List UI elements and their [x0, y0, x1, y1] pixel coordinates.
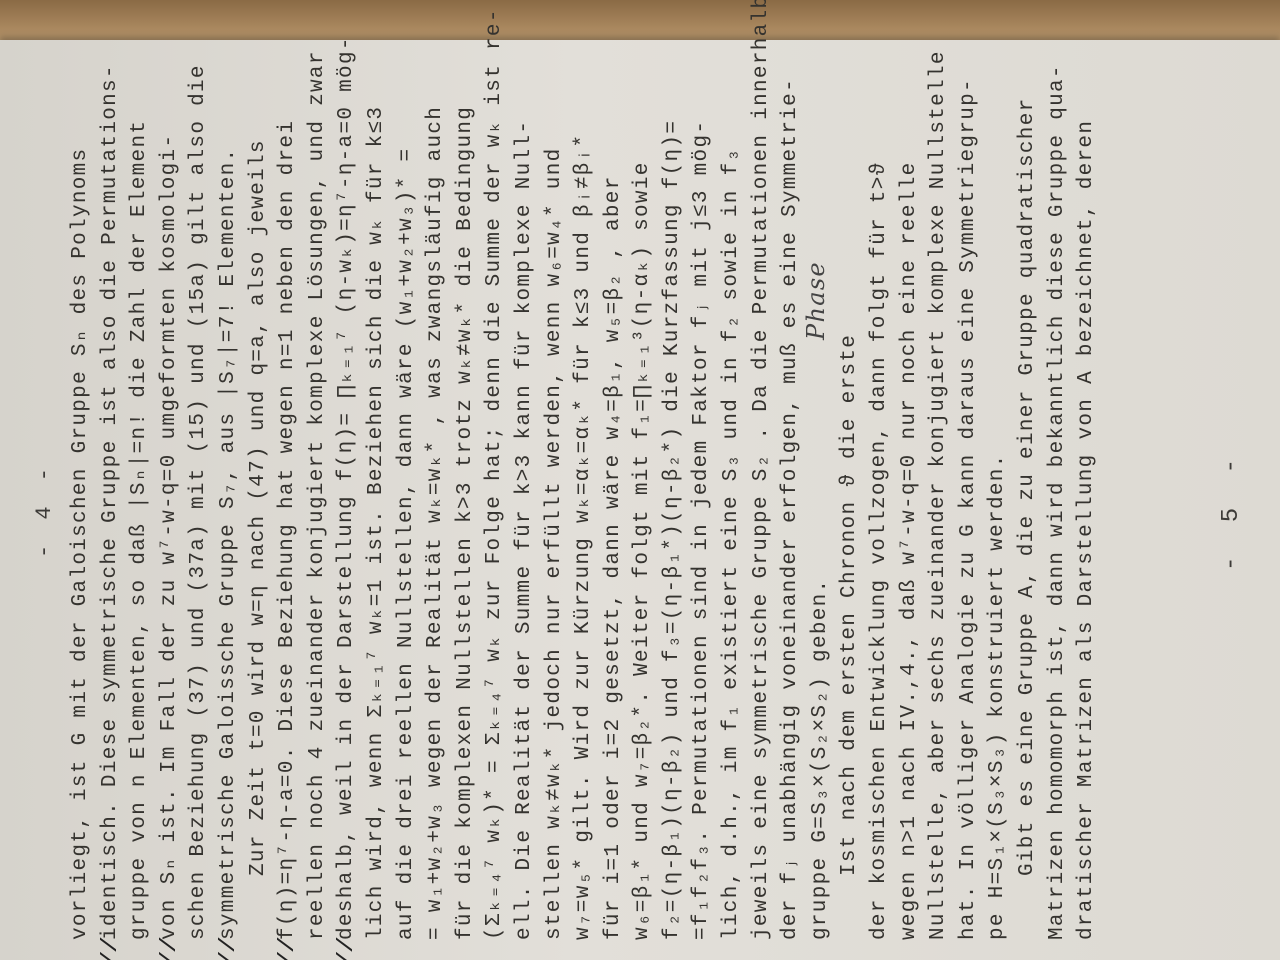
- line-text: auf die drei reellen Nullstellen, dann w…: [395, 148, 418, 940]
- text-line: gruppe von n Elementen, so daß |Sₙ|=n! d…: [125, 60, 155, 940]
- line-text: identisch. Diese symmetrische Gruppe ist…: [99, 64, 122, 940]
- line-text: der kosmischen Entwicklung vollzogen, da…: [868, 161, 891, 940]
- line-text: schen Beziehung (37) und (37a) mit (15) …: [187, 64, 210, 940]
- text-line: wegen n>1 nach IV.,4., daß w⁷-w-q=0 nur …: [895, 60, 925, 940]
- text-line: der kosmischen Entwicklung vollzogen, da…: [865, 60, 895, 940]
- margin-mark-icon: //: [96, 937, 126, 960]
- text-line: w₆=β₁* und w₇=β₂*. Weiter folgt mit f₁=∏…: [628, 60, 658, 940]
- line-text: der fⱼ unabhängig voneinander erfolgen, …: [779, 78, 802, 940]
- line-text: w₆=β₁* und w₇=β₂*. Weiter folgt mit f₁=∏…: [631, 161, 654, 940]
- line-text: stellen wₖ≠wₖ* jedoch nur erfüllt werden…: [543, 148, 566, 941]
- text-line: //f(η)=η⁷-η-a=0. Diese Beziehung hat weg…: [273, 60, 303, 940]
- line-text: gruppe von n Elementen, so daß |Sₙ|=n! d…: [128, 120, 151, 940]
- text-line: jeweils eine symmetrische Gruppe S₂ . Da…: [747, 60, 777, 940]
- line-text: von Sₙ ist. Im Fall der zu w⁷-w-q=0 umge…: [158, 134, 181, 940]
- line-text: f(η)=η⁷-η-a=0. Diese Beziehung hat wegen…: [276, 120, 299, 940]
- text-line: lich, d.h., im f₁ existiert eine S₃ und …: [717, 60, 747, 940]
- line-text: ell. Die Realität der Summe für k>3 kann…: [513, 120, 536, 940]
- line-text: symmetrische Galoissche Gruppe S₇, aus |…: [217, 148, 240, 940]
- text-line: Gibt es eine Gruppe A, die zu einer Grup…: [1013, 60, 1043, 940]
- line-text: pe H=S₁×(S₃×S₃) konstruiert werden.: [986, 453, 1009, 940]
- margin-mark-icon: //: [214, 937, 244, 960]
- text-line: pe H=S₁×(S₃×S₃) konstruiert werden.: [983, 60, 1013, 940]
- text-line: ell. Die Realität der Summe für k>3 kann…: [510, 60, 540, 940]
- line-text: Matrizen homomorph ist, dann wird bekann…: [1046, 64, 1069, 940]
- line-text: deshalb, weil in der Darstellung f(η)= ∏…: [335, 36, 358, 940]
- text-line: f₂=(η-β₁)(η-β₂) und f₃=(η-β₁*)(η-β₂*) di…: [658, 60, 688, 940]
- margin-mark-icon: //: [332, 937, 362, 960]
- text-line: Nullstelle, aber sechs zueinander konjug…: [924, 60, 954, 940]
- line-text: hat. In völliger Analogie zu G kann dara…: [957, 78, 980, 940]
- text-line: Ist nach dem ersten Chronon ϑ die erste: [835, 60, 865, 940]
- typewritten-page: - 4 - vorliegt, ist G mit der Galoischen…: [40, 60, 1280, 960]
- text-line: //symmetrische Galoissche Gruppe S₇, aus…: [214, 60, 244, 940]
- page-number-top: - 4 -: [32, 60, 57, 960]
- text-line: der fⱼ unabhängig voneinander erfolgen, …: [776, 60, 806, 940]
- text-line: schen Beziehung (37) und (37a) mit (15) …: [184, 60, 214, 940]
- line-text: für i=1 oder i=2 gesetzt, dann wäre w₄=β…: [602, 175, 625, 940]
- line-text: =f₁f₂f₃. Permutationen sind in jedem Fak…: [690, 120, 713, 940]
- text-line: für i=1 oder i=2 gesetzt, dann wäre w₄=β…: [599, 60, 629, 940]
- line-text: vorliegt, ist G mit der Galoischen Grupp…: [69, 148, 92, 940]
- line-text: Zur Zeit t=0 wird w=η nach (47) und q=a,…: [247, 139, 270, 876]
- text-line: lich wird, wenn Σₖ₌₁⁷ wₖ=1 ist. Beziehen…: [362, 60, 392, 940]
- text-body: vorliegt, ist G mit der Galoischen Grupp…: [66, 60, 1102, 940]
- text-line: =f₁f₂f₃. Permutationen sind in jedem Fak…: [687, 60, 717, 940]
- text-line: reellen noch 4 zueinander konjugiert kom…: [303, 60, 333, 940]
- text-line: w₇=w₅* gilt. Wird zur Kürzung wₖ=αₖ=αₖ* …: [569, 60, 599, 940]
- line-text: f₂=(η-β₁)(η-β₂) und f₃=(η-β₁*)(η-β₂*) di…: [661, 120, 684, 940]
- line-text: jeweils eine symmetrische Gruppe S₂ . Da…: [750, 0, 773, 940]
- line-text: reellen noch 4 zueinander konjugiert kom…: [306, 50, 329, 940]
- paper-sheet: - 4 - vorliegt, ist G mit der Galoischen…: [0, 40, 1280, 960]
- text-line: Zur Zeit t=0 wird w=η nach (47) und q=a,…: [244, 60, 274, 940]
- text-line: für die komplexen Nullstellen k>3 trotz …: [451, 60, 481, 940]
- line-text: (Σₖ₌₄⁷ wₖ)* = Σₖ₌₄⁷ wₖ zur Folge hat; de…: [483, 8, 506, 940]
- text-line: //von Sₙ ist. Im Fall der zu w⁷-w-q=0 um…: [155, 60, 185, 940]
- line-text: lich, d.h., im f₁ existiert eine S₃ und …: [720, 148, 743, 940]
- text-line: = w₁+w₂+w₃ wegen der Realität wₖ=wₖ* , w…: [421, 60, 451, 940]
- text-line: vorliegt, ist G mit der Galoischen Grupp…: [66, 60, 96, 940]
- text-line: Matrizen homomorph ist, dann wird bekann…: [1043, 60, 1073, 940]
- margin-mark-icon: //: [273, 937, 303, 960]
- line-text: Ist nach dem ersten Chronon ϑ die erste: [838, 334, 861, 876]
- page-number-bottom: - 5 -: [1218, 60, 1245, 960]
- text-line: stellen wₖ≠wₖ* jedoch nur erfüllt werden…: [540, 60, 570, 940]
- line-text: wegen n>1 nach IV.,4., daß w⁷-w-q=0 nur …: [898, 161, 921, 940]
- line-text: w₇=w₅* gilt. Wird zur Kürzung wₖ=αₖ=αₖ* …: [572, 134, 595, 940]
- text-line: (Σₖ₌₄⁷ wₖ)* = Σₖ₌₄⁷ wₖ zur Folge hat; de…: [480, 60, 510, 940]
- text-line: //identisch. Diese symmetrische Gruppe i…: [96, 60, 126, 940]
- text-line: //deshalb, weil in der Darstellung f(η)=…: [332, 60, 362, 940]
- text-line: dratischer Matrizen als Darstellung von …: [1072, 60, 1102, 940]
- line-text: dratischer Matrizen als Darstellung von …: [1075, 120, 1098, 940]
- line-text: gruppe G=S₃×(S₂×S₂) geben.: [809, 579, 832, 940]
- line-text: für die komplexen Nullstellen k>3 trotz …: [454, 106, 477, 940]
- line-text: lich wird, wenn Σₖ₌₁⁷ wₖ=1 ist. Beziehen…: [365, 106, 388, 940]
- line-text: Gibt es eine Gruppe A, die zu einer Grup…: [1016, 97, 1039, 876]
- line-text: Nullstelle, aber sechs zueinander konjug…: [927, 50, 950, 940]
- margin-mark-icon: //: [155, 937, 185, 960]
- text-line: hat. In völliger Analogie zu G kann dara…: [954, 60, 984, 940]
- text-line: auf die drei reellen Nullstellen, dann w…: [392, 60, 422, 940]
- text-line: gruppe G=S₃×(S₂×S₂) geben.Phase: [806, 60, 836, 940]
- handwritten-note: Phase: [802, 261, 832, 340]
- line-text: = w₁+w₂+w₃ wegen der Realität wₖ=wₖ* , w…: [424, 106, 447, 940]
